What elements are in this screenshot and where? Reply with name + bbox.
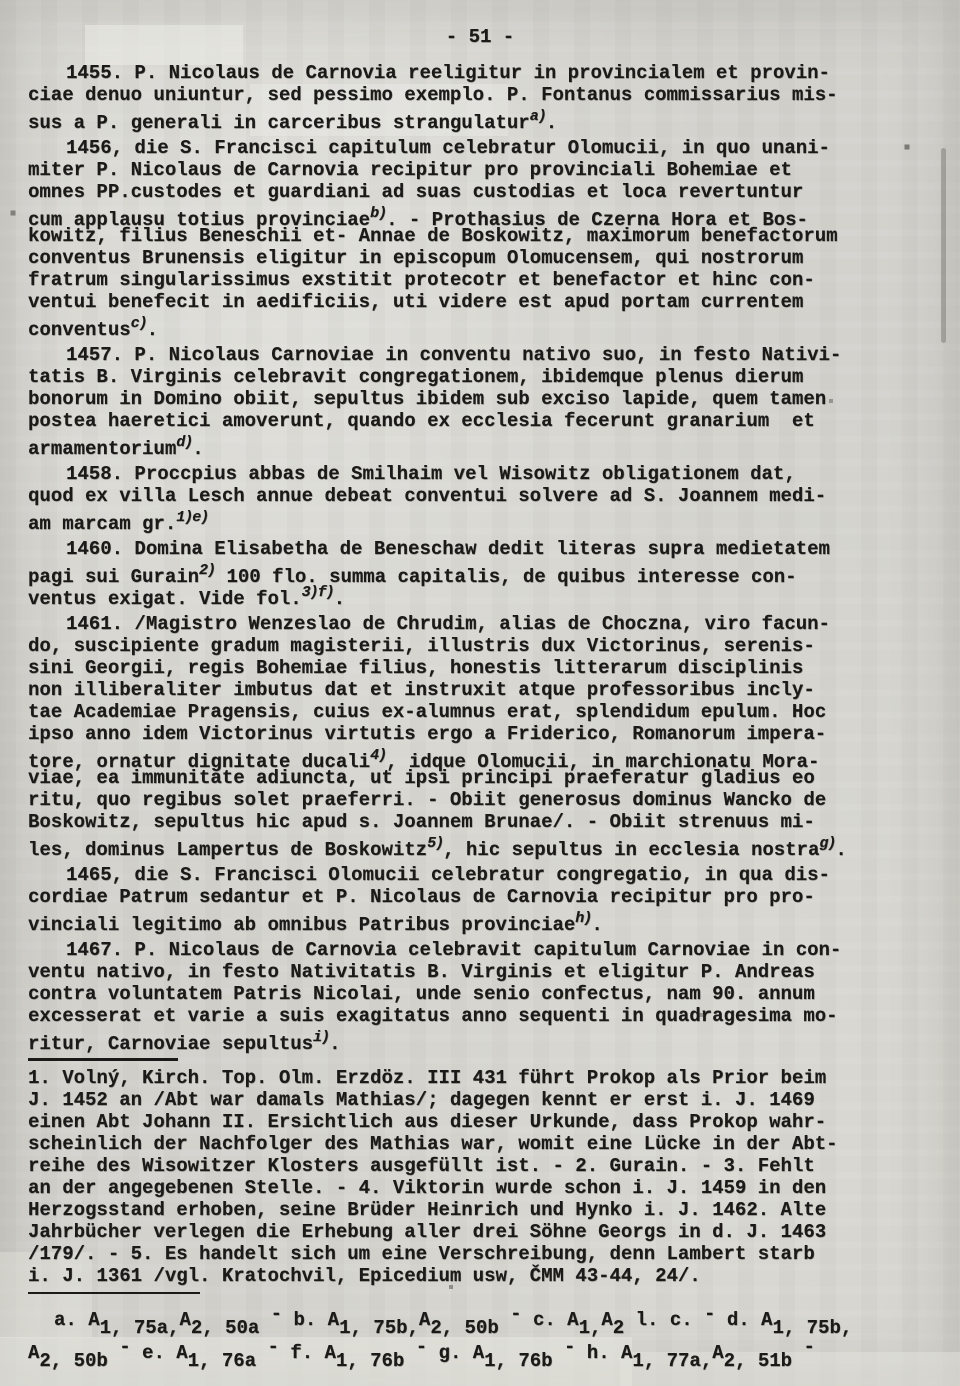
text-line: 1460. Domina Elisabetha de Beneschaw ded… [28,538,910,560]
text-line: 1465, die S. Francisci Olomucii celebrat… [28,864,910,886]
subscript-text: 1, 76b [484,1350,552,1372]
text-line: viae, ea immunitate adiuncta, ut ipsi pr… [28,767,910,789]
entry-1458: 1458. Proccpius abbas de Smilhaim vel Wi… [28,463,910,529]
raised-dash: - [564,1336,575,1358]
text-line: 1456, die S. Francisci capitulum celebra… [28,137,910,159]
entry-1465: 1465, die S. Francisci Olomucii celebrat… [28,864,910,930]
raised-dash: - [416,1336,427,1358]
footnote-mark: h) [575,910,591,927]
subscript-text: 1, 76a [188,1350,256,1372]
text-line: ciae denuo uniuntur, sed pessimo exemplo… [28,84,910,106]
footnote-mark: c) [131,315,147,332]
footnote-line: an der angegebenen Stelle. - 4. Viktorin… [28,1177,910,1199]
entry-1460: 1460. Domina Elisabetha de Beneschaw ded… [28,538,910,604]
footnote-mark: a) [530,108,546,125]
text-line: am marcam gr.1)e) [28,507,910,529]
text-line: 1458. Proccpius abbas de Smilhaim vel Wi… [28,463,910,485]
text-line: Boskowitz, sepultus hic apud s. Joannem … [28,811,910,833]
footnote-line: Herzogsstand erhoben, seine Brüder Heinr… [28,1199,910,1221]
subscript-text: 2, 50b [39,1350,107,1372]
apparatus-line: A2, 50b - e. A1, 76a - f. A1, 76b - g. A… [28,1331,910,1364]
footnote-mark: 5) [427,835,443,852]
text-line: non illiberaliter imbutus dat et instrux… [28,679,910,701]
footnote-separator [28,1058,178,1061]
apparatus-separator [28,1292,200,1294]
footnote-line: einen Abt Johann II. Ersichtlich aus die… [28,1111,910,1133]
footnote-mark: 3)f) [302,584,334,601]
text-line: ipso anno idem Victorinus virtutis ergo … [28,723,910,745]
text-line: ritu, quo regibus solet praeferri. - Obi… [28,789,910,811]
footnote-line: /179/. - 5. Es handelt sich um eine Vers… [28,1243,910,1265]
footnote-line: J. 1452 an /Abt war damals Mathias/; dag… [28,1089,910,1111]
footnote-mark: i) [313,1029,329,1046]
footnote-mark: g) [819,835,835,852]
text-line: les, dominus Lampertus de Boskowitz5), h… [28,833,910,855]
page-number: - 51 - [0,0,960,48]
text-line: sini Georgii, regis Bohemiae filius, hon… [28,657,910,679]
footnote-line: i. J. 1361 /vgl. Kratochvil, Epicedium u… [28,1265,910,1287]
text-line: tae Academiae Pragensis, cuius ex-alumnu… [28,701,910,723]
subscript-text: 1, 77a, [632,1350,712,1372]
text-line: do, suscipiente gradum magisterii, illus… [28,635,910,657]
entry-1455: 1455. P. Nicolaus de Carnovia reeligitur… [28,62,910,128]
text-line: conventus Brunensis eligitur in episcopu… [28,247,910,269]
text-line: sus a P. generali in carceribus strangul… [28,106,910,128]
text-line: cordiae Patrum sedantur et P. Nicolaus d… [28,886,910,908]
text-line: cum applausu totius provinciaeb). - Prot… [28,203,910,225]
text-line: ventu nativo, in festo Nativitatis B. Vi… [28,961,910,983]
raised-dash: - [510,1303,521,1325]
text-line: omnes PP.custodes et guardiani ad suas c… [28,181,910,203]
text-line: postea haeretici amoverunt, quando ex ec… [28,410,910,432]
footnote-line: 1. Volný, Kirch. Top. Olm. Erzdöz. III 4… [28,1067,910,1089]
footnote-line: scheinlich der Nachfolger des Mathias wa… [28,1133,910,1155]
text-line: 1461. /Magistro Wenzeslao de Chrudim, al… [28,613,910,635]
footnote-mark: 1)e) [176,509,208,526]
raised-dash: - [267,1336,278,1358]
raised-dash: - [119,1336,130,1358]
subscript-text: 1, 76b [336,1350,404,1372]
footnote-mark: 4) [370,747,386,764]
text-line: pagi sui Gurain2) 100 flo. summa capital… [28,560,910,582]
apparatus-section: a. A1, 75a,A2, 50a - b. A1, 75b,A2, 50b … [28,1298,910,1364]
entry-1461: 1461. /Magistro Wenzeslao de Chrudim, al… [28,613,910,855]
footnote-mark: 2) [199,562,215,579]
footnote-line: Jahrbücher verlegen die Erhebung aller d… [28,1221,910,1243]
subscript-text: 2, 51b [724,1350,792,1372]
text-line: contra voluntatem Patris Nicolai, unde s… [28,983,910,1005]
text-line: 1457. P. Nicolaus Carnoviae in conventu … [28,344,910,366]
entry-1457: 1457. P. Nicolaus Carnoviae in conventu … [28,344,910,454]
text-line: armamentoriumd). [28,432,910,454]
text-line: kowitz, filius Beneschii et- Annae de Bo… [28,225,910,247]
text-line: bonorum in Domino obiit, sepultus ibidem… [28,388,910,410]
text-line: vinciali legitimo ab omnibus Patribus pr… [28,908,910,930]
footnote-mark: d) [176,434,192,451]
raised-dash: - [271,1303,282,1325]
footnote-mark: b) [370,205,386,222]
footnotes-section: 1. Volný, Kirch. Top. Olm. Erzdöz. III 4… [28,1067,910,1287]
entries-section: 1455. P. Nicolaus de Carnovia reeligitur… [28,62,910,1049]
text-line: excesserat et varie a suis exagitatus an… [28,1005,910,1027]
footnote-line: reihe des Wisowitzer Klosters ausgefüllt… [28,1155,910,1177]
text-line: ritur, Carnoviae sepultusi). [28,1027,910,1049]
apparatus-line: a. A1, 75a,A2, 50a - b. A1, 75b,A2, 50b … [28,1298,910,1331]
text-line: tore, ornatur dignitate ducali4), idque … [28,745,910,767]
text-line: 1467. P. Nicolaus de Carnovia celebravit… [28,939,910,961]
text-line: fratrum singularissimus exstitit proteco… [28,269,910,291]
text-line: 1455. P. Nicolaus de Carnovia reeligitur… [28,62,910,84]
scanned-document-page: - 51 - 1455. P. Nicolaus de Carnovia ree… [0,0,960,1386]
page-content: 1455. P. Nicolaus de Carnovia reeligitur… [0,48,960,1364]
text-line: ventui benefecit in aedificiis, uti vide… [28,291,910,313]
raised-dash: - [704,1303,715,1325]
text-line: quod ex villa Lesch annue debeat convent… [28,485,910,507]
entry-1456: 1456, die S. Francisci capitulum celebra… [28,137,910,335]
text-line: tatis B. Virginis celebravit congregatio… [28,366,910,388]
text-line: conventusc). [28,313,910,335]
raised-dash: - [803,1336,814,1358]
text-line: miter P. Nicolaus de Carnovia recipitur … [28,159,910,181]
entry-1467: 1467. P. Nicolaus de Carnovia celebravit… [28,939,910,1049]
